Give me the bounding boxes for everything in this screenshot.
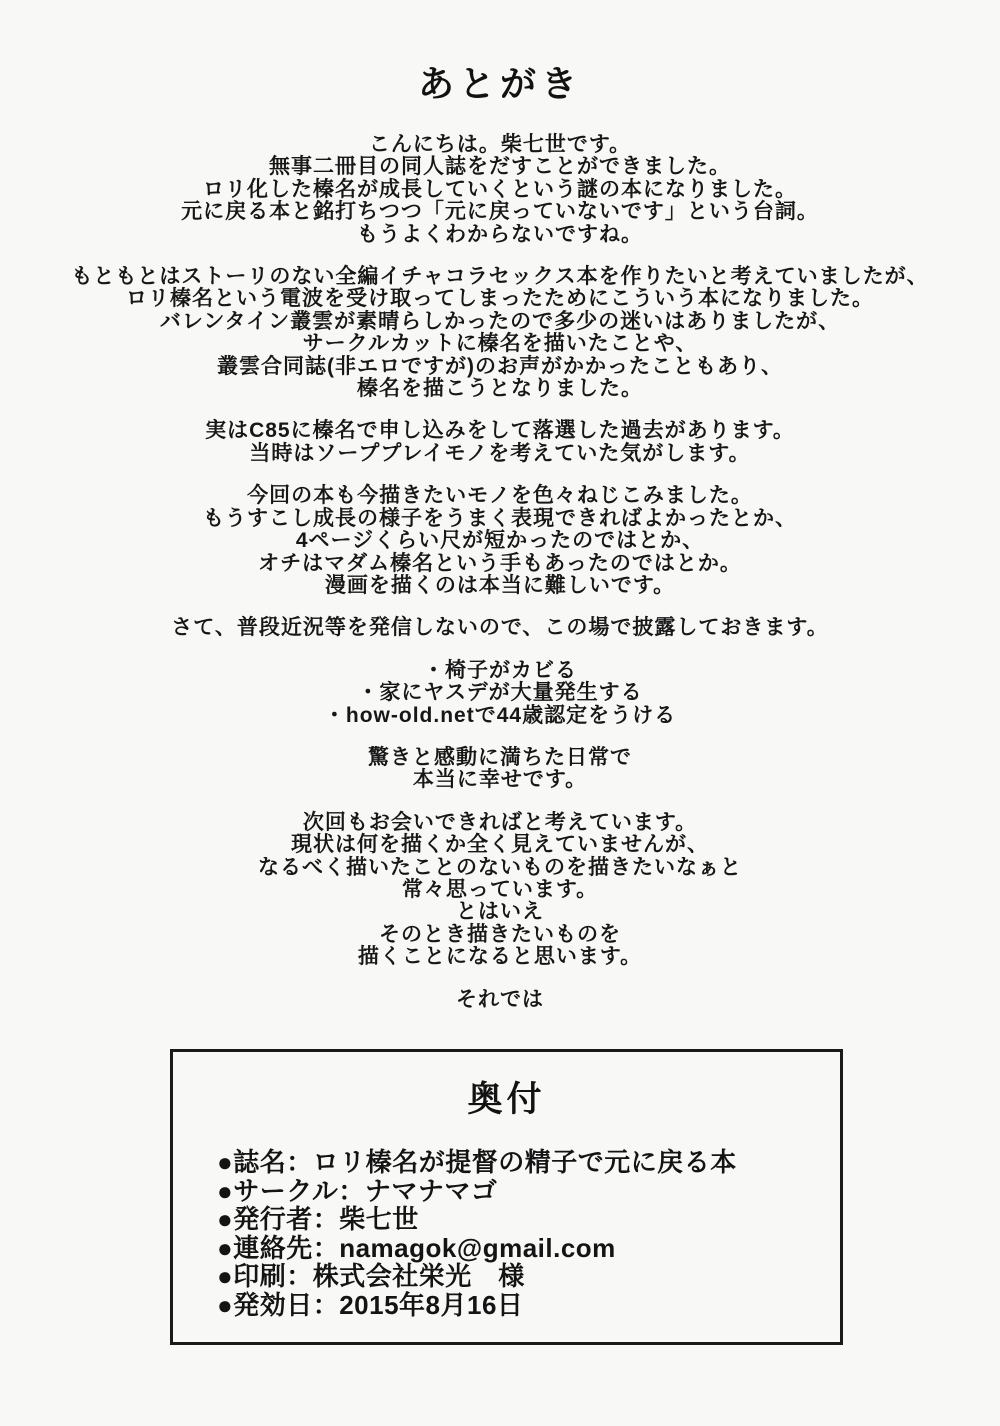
colophon-entry-title: ●誌名：ロリ榛名が提督の精子で元に戻る本 (217, 1148, 840, 1177)
bullet-line: ・how-old.netで44歳認定をうける (0, 705, 1000, 727)
colophon-box: 奥付 ●誌名：ロリ榛名が提督の精子で元に戻る本 ●サークル：ナマナマゴ ●発行者… (170, 1049, 843, 1345)
colophon-entries: ●誌名：ロリ榛名が提督の精子で元に戻る本 ●サークル：ナマナマゴ ●発行者：柴七… (173, 1148, 840, 1320)
text-line: 元に戻る本と銘打ちつつ「元に戻っていないです」という台詞。 (0, 201, 1000, 223)
text-line: 4ページくらい尺が短かったのではとか、 (0, 530, 1000, 552)
text-line: ロリ榛名という電波を受け取ってしまったためにこういう本になりました。 (0, 288, 1000, 310)
page-title: あとがき (0, 62, 1000, 106)
paragraph-news-bullets: ・椅子がカビる ・家にヤスデが大量発生する ・how-old.netで44歳認定… (0, 660, 1000, 727)
paragraph-c85: 実はC85に榛名で申し込みをして落選した過去があります。 当時はソーププレイモノ… (0, 420, 1000, 465)
colophon-entry-printer: ●印刷：株式会社栄光 様 (217, 1262, 840, 1291)
text-line: もともとはストーリのない全編イチャコラセックス本を作りたいと考えていましたが、 (0, 266, 1000, 288)
paragraph-happiness: 驚きと感動に満ちた日常で 本当に幸せです。 (0, 747, 1000, 792)
text-line: そのとき描きたいものを (0, 924, 1000, 946)
text-line: それでは (0, 989, 1000, 1011)
colophon-entry-circle: ●サークル：ナマナマゴ (217, 1177, 840, 1206)
text-line: なるべく描いたことのないものを描きたいなぁと (0, 857, 1000, 879)
text-line: オチはマダム榛名という手もあったのではとか。 (0, 553, 1000, 575)
paragraph-origin: もともとはストーリのない全編イチャコラセックス本を作りたいと考えていましたが、 … (0, 266, 1000, 400)
text-line: ロリ化した榛名が成長していくという謎の本になりました。 (0, 179, 1000, 201)
text-line: とはいえ (0, 901, 1000, 923)
text-line: サークルカットに榛名を描いたことや、 (0, 333, 1000, 355)
text-line: 常々思っています。 (0, 879, 1000, 901)
colophon-entry-date: ●発効日：2015年8月16日 (217, 1291, 840, 1320)
colophon-entry-contact: ●連絡先：namagok@gmail.com (217, 1234, 840, 1263)
text-line: 驚きと感動に満ちた日常で (0, 747, 1000, 769)
bullet-line: ・家にヤスデが大量発生する (0, 682, 1000, 704)
paragraph-reflection: 今回の本も今描きたいモノを色々ねじこみました。 もうすこし成長の様子をうまく表現… (0, 485, 1000, 597)
text-line: さて、普段近況等を発信しないので、この場で披露しておきます。 (0, 617, 1000, 639)
afterword-page: あとがき こんにちは。柴七世です。 無事二冊目の同人誌をだすことができました。 … (0, 0, 1000, 1426)
text-line: バレンタイン叢雲が素晴らしかったので多少の迷いはありましたが、 (0, 311, 1000, 333)
text-line: 当時はソーププレイモノを考えていた気がします。 (0, 443, 1000, 465)
text-line: こんにちは。柴七世です。 (0, 134, 1000, 156)
text-line: 無事二冊目の同人誌をだすことができました。 (0, 156, 1000, 178)
text-line: 現状は何を描くか全く見えていませんが、 (0, 834, 1000, 856)
text-line: 実はC85に榛名で申し込みをして落選した過去があります。 (0, 420, 1000, 442)
paragraph-greeting: こんにちは。柴七世です。 無事二冊目の同人誌をだすことができました。 ロリ化した… (0, 134, 1000, 246)
text-line: 榛名を描こうとなりました。 (0, 378, 1000, 400)
text-line: 叢雲合同誌(非エロですが)のお声がかかったこともあり、 (0, 356, 1000, 378)
colophon-title: 奥付 (173, 1078, 840, 1122)
paragraph-next-time: 次回もお会いできればと考えています。 現状は何を描くか全く見えていませんが、 な… (0, 812, 1000, 969)
text-line: 本当に幸せです。 (0, 769, 1000, 791)
text-line: 次回もお会いできればと考えています。 (0, 812, 1000, 834)
afterword-body: こんにちは。柴七世です。 無事二冊目の同人誌をだすことができました。 ロリ化した… (0, 134, 1000, 1011)
colophon-entry-publisher: ●発行者：柴七世 (217, 1205, 840, 1234)
text-line: もうよくわからないですね。 (0, 224, 1000, 246)
text-line: もうすこし成長の様子をうまく表現できればよかったとか、 (0, 508, 1000, 530)
paragraph-news-intro: さて、普段近況等を発信しないので、この場で披露しておきます。 (0, 617, 1000, 639)
text-line: 今回の本も今描きたいモノを色々ねじこみました。 (0, 485, 1000, 507)
paragraph-farewell: それでは (0, 989, 1000, 1011)
bullet-line: ・椅子がカビる (0, 660, 1000, 682)
text-line: 漫画を描くのは本当に難しいです。 (0, 575, 1000, 597)
text-line: 描くことになると思います。 (0, 946, 1000, 968)
